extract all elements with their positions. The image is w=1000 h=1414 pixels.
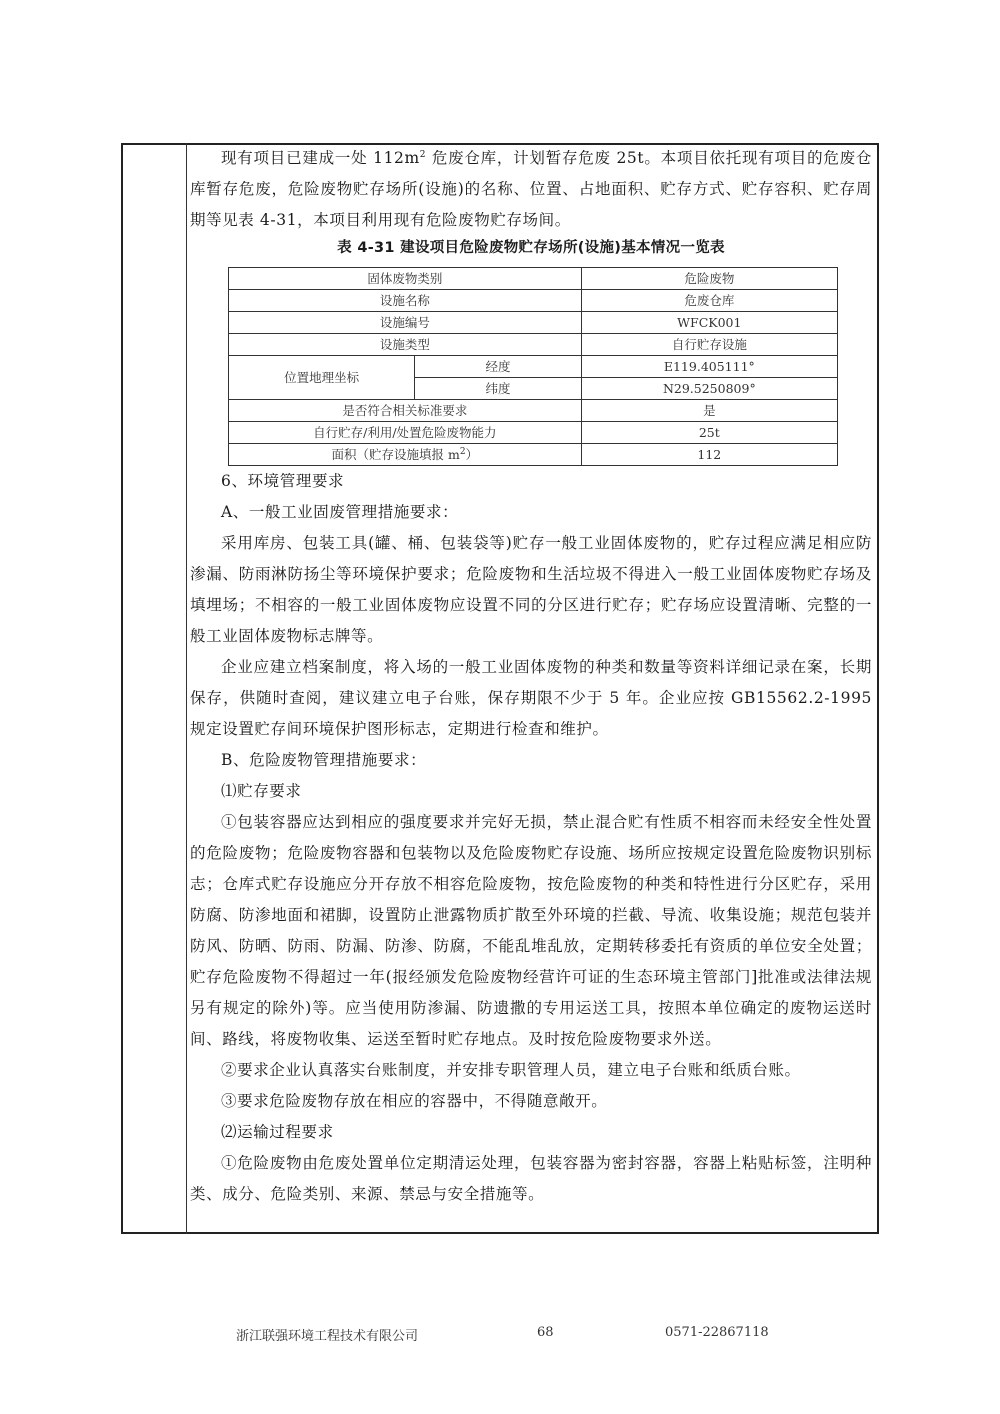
table-row: 设施类型 自行贮存设施: [229, 334, 838, 356]
section-b1-paragraph-1: ①包装容器应达到相应的强度要求并完好无损，禁止混合贮有性质不相容而未经安全性处置…: [190, 807, 872, 1055]
section-a-paragraph-1: 采用库房、包装工具(罐、桶、包装袋等)贮存一般工业固体废物的，贮存过程应满足相应…: [190, 528, 872, 652]
frame-column-divider: [186, 143, 187, 1234]
table-row: 设施名称 危废仓库: [229, 290, 838, 312]
requirements-section: 6、环境管理要求 A、一般工业固废管理措施要求： 采用库房、包装工具(罐、桶、包…: [190, 466, 872, 1210]
table-row: 设施编号 WFCK001: [229, 312, 838, 334]
section-6-title: 6、环境管理要求: [190, 466, 872, 497]
footer-page-number: 68: [537, 1325, 554, 1340]
table-row: 自行贮存/利用/处置危险废物能力 25t: [229, 422, 838, 444]
table-row: 固体废物类别 危险废物: [229, 268, 838, 290]
table-row-area: 面积（贮存设施填报 m2） 112: [229, 444, 838, 466]
storage-facility-table: 固体废物类别 危险废物 设施名称 危废仓库 设施编号 WFCK001 设施类型 …: [228, 267, 838, 466]
coord-label: 位置地理坐标: [229, 356, 415, 400]
section-b1-title: ⑴贮存要求: [190, 776, 872, 807]
table-row-longitude: 位置地理坐标 经度 E119.405111°: [229, 356, 838, 378]
section-b2-paragraph-1: ①危险废物由危废处置单位定期清运处理，包装容器为密封容器，容器上粘贴标签，注明种…: [190, 1148, 872, 1210]
section-b-title: B、危险废物管理措施要求：: [190, 745, 872, 776]
table-caption: 表 4-31 建设项目危险废物贮存场所(设施)基本情况一览表: [190, 236, 872, 260]
content-column: 现有项目已建成一处 112m2 危废仓库，计划暂存危废 25t。本项目依托现有项…: [190, 143, 872, 260]
section-a-title: A、一般工业固废管理措施要求：: [190, 497, 872, 528]
section-b2-title: ⑵运输过程要求: [190, 1117, 872, 1148]
footer-company: 浙江联强环境工程技术有限公司: [236, 1325, 418, 1344]
intro-paragraph: 现有项目已建成一处 112m2 危废仓库，计划暂存危废 25t。本项目依托现有项…: [190, 143, 872, 236]
section-b1-paragraph-2: ②要求企业认真落实台账制度，并安排专职管理人员，建立电子台账和纸质台账。: [190, 1055, 872, 1086]
footer-phone: 0571-22867118: [665, 1325, 769, 1340]
section-a-paragraph-2: 企业应建立档案制度，将入场的一般工业固体废物的种类和数量等资料详细记录在案，长期…: [190, 652, 872, 745]
table-row: 是否符合相关标准要求 是: [229, 400, 838, 422]
section-b1-paragraph-3: ③要求危险废物存放在相应的容器中，不得随意敞开。: [190, 1086, 872, 1117]
